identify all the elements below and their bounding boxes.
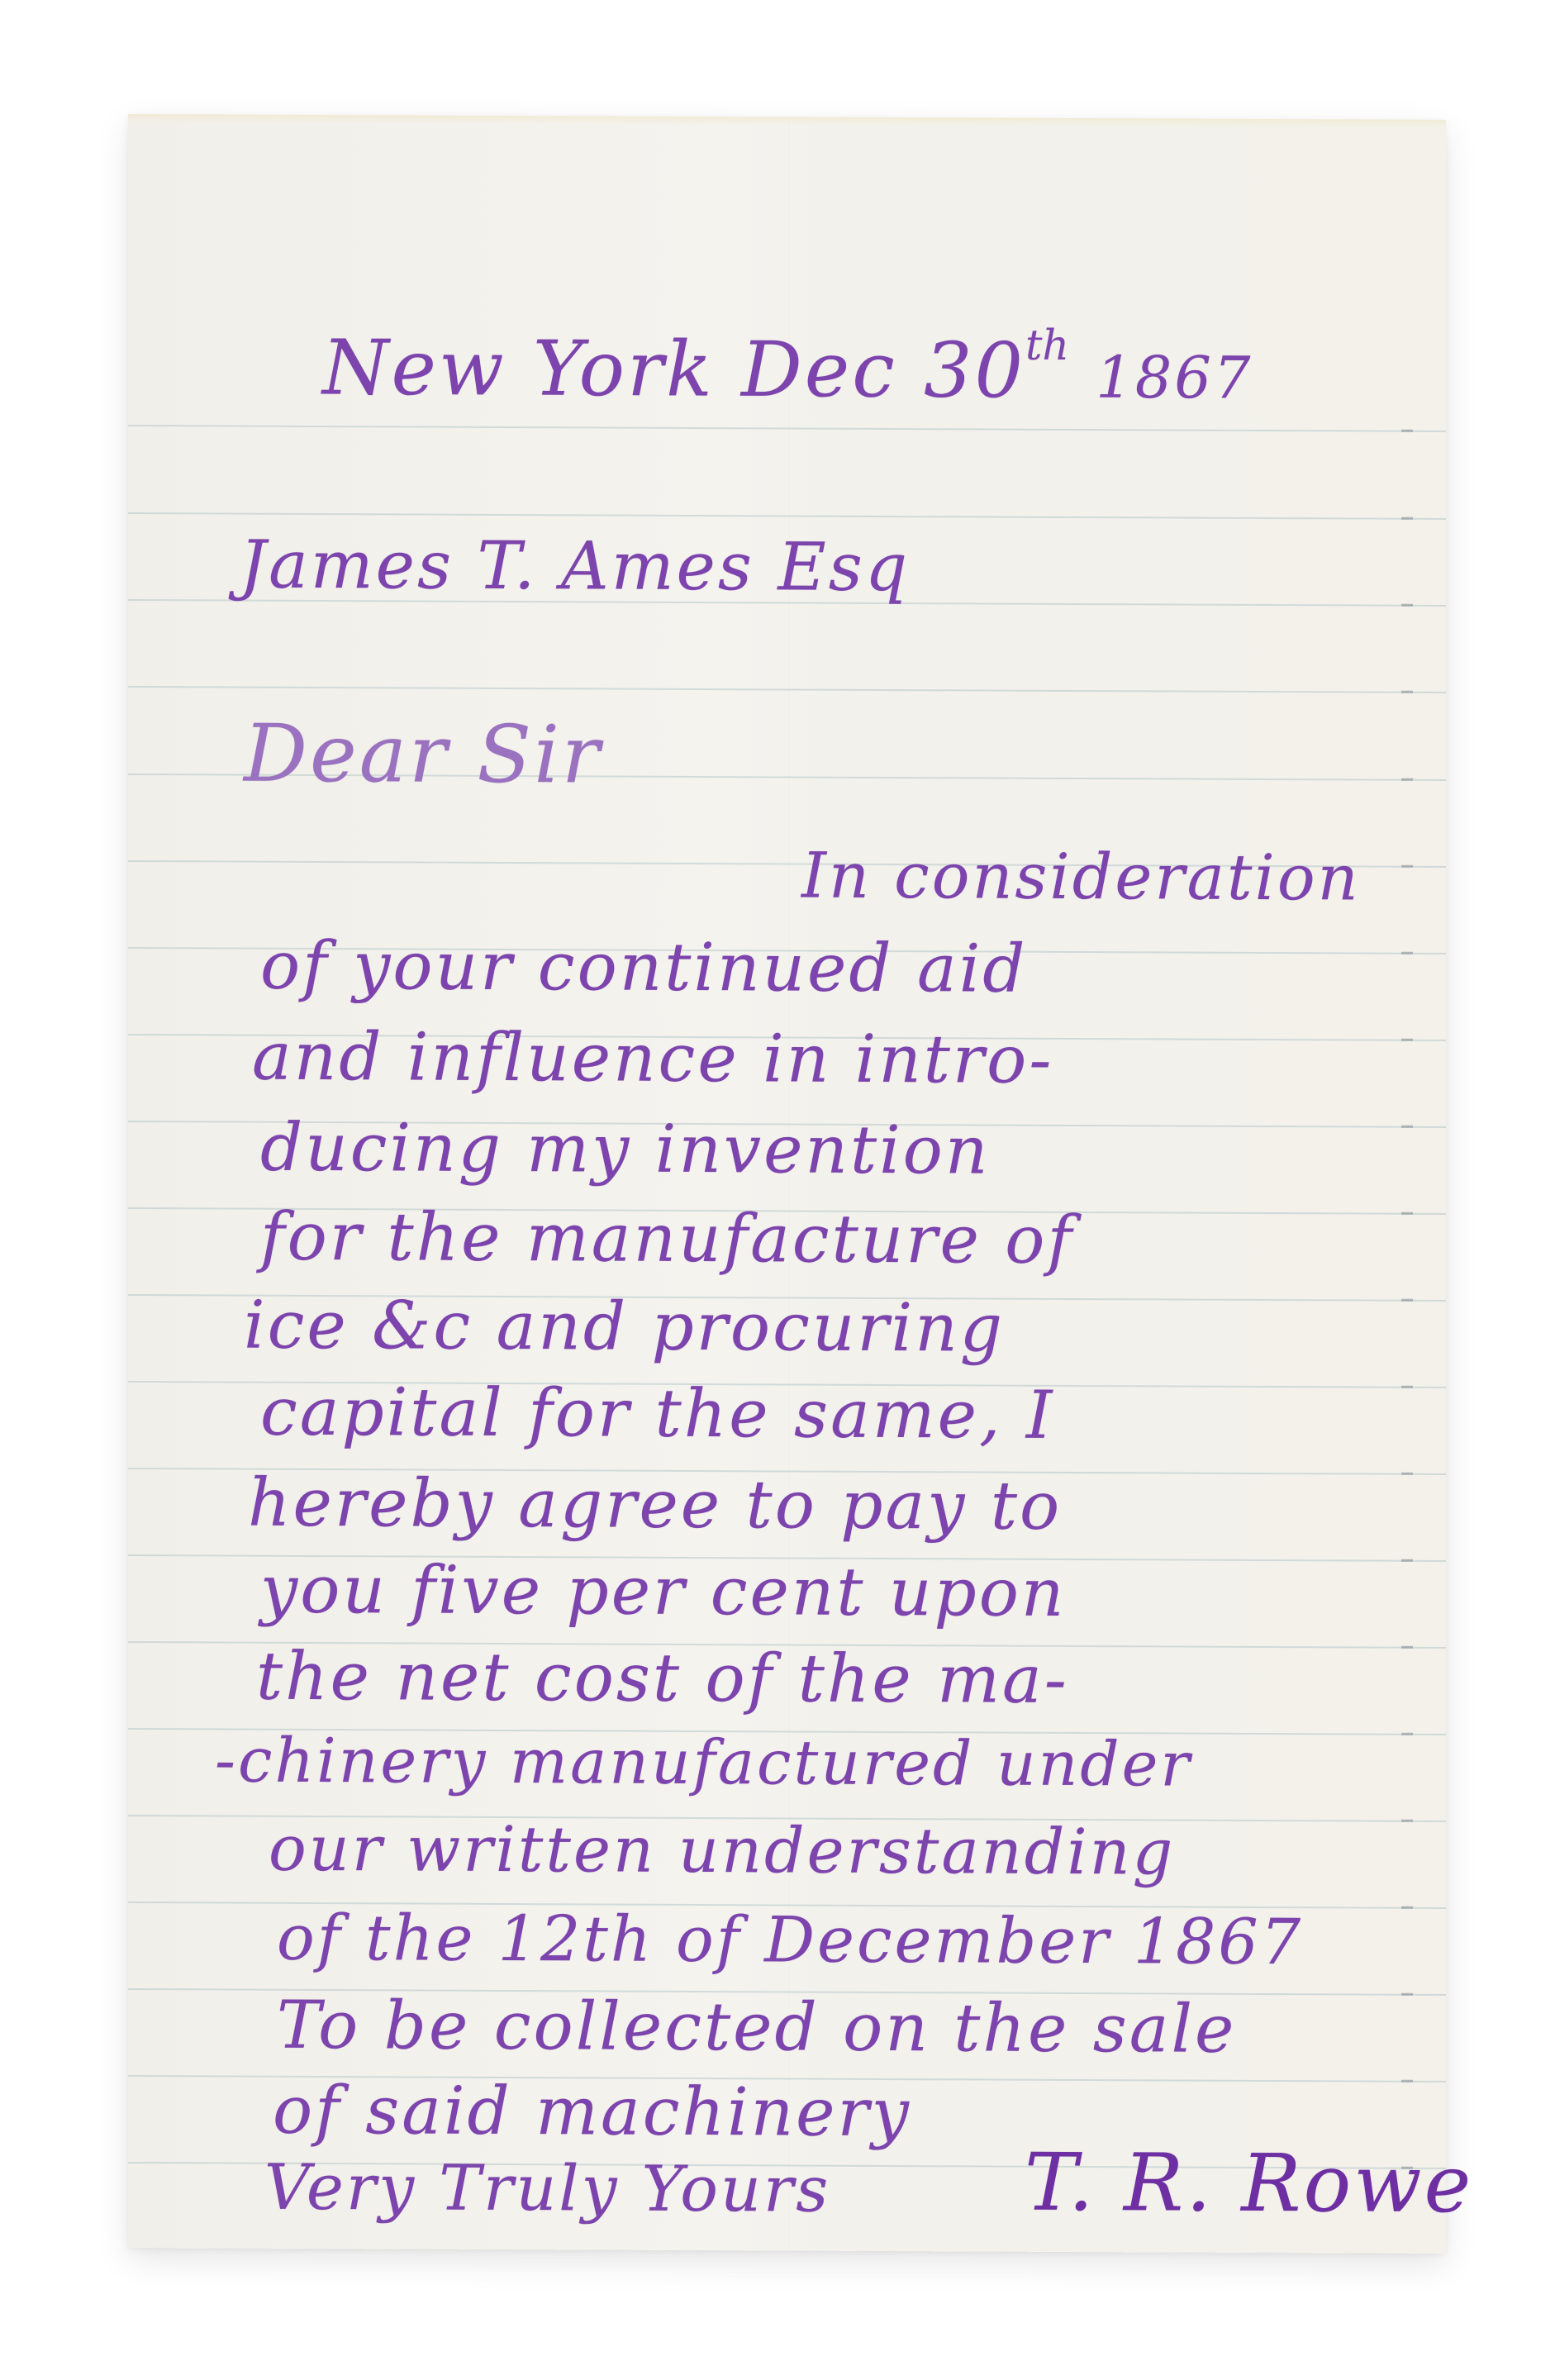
body-line: and influence in intro- <box>252 1024 1053 1093</box>
body-line: for the manufacture of <box>260 1204 1074 1273</box>
body-line: of said machinery <box>273 2078 911 2146</box>
letter-sheet: New York Dec 30th 1867 James T. Ames Esq… <box>128 114 1446 2254</box>
body-line: ducing my invention <box>260 1115 990 1184</box>
body-line: To be collected on the sale <box>277 1992 1236 2063</box>
signature: T. R. Rowe <box>1025 2143 1473 2224</box>
salutation: Dear Sir <box>244 714 602 795</box>
ruled-line <box>128 425 1446 432</box>
body-line: capital for the same, I <box>260 1379 1054 1449</box>
ruled-line <box>128 686 1446 693</box>
place-date-text: New York Dec 30 <box>322 324 1025 416</box>
body-line: the net cost of the ma- <box>256 1644 1069 1713</box>
ruled-line <box>128 512 1446 520</box>
body-line: ice &c and procuring <box>244 1292 1005 1362</box>
body-line: -chinery manufactured under <box>215 1730 1192 1795</box>
letter-heading-date: New York Dec 30th 1867 <box>322 321 1253 410</box>
body-line: In consideration <box>801 845 1361 910</box>
date-suffix: th <box>1025 321 1069 369</box>
body-line: of your continued aid <box>260 933 1028 1002</box>
body-line: hereby agree to pay to <box>248 1470 1062 1540</box>
body-line: of the 12th of December 1867 <box>277 1906 1303 1973</box>
addressee: James T. Ames Esq <box>240 532 910 602</box>
closing: Very Truly Yours <box>264 2156 830 2221</box>
body-line: our written understanding <box>269 1817 1175 1884</box>
year-text: 1867 <box>1096 344 1253 412</box>
body-line: you five per cent upon <box>260 1557 1066 1626</box>
